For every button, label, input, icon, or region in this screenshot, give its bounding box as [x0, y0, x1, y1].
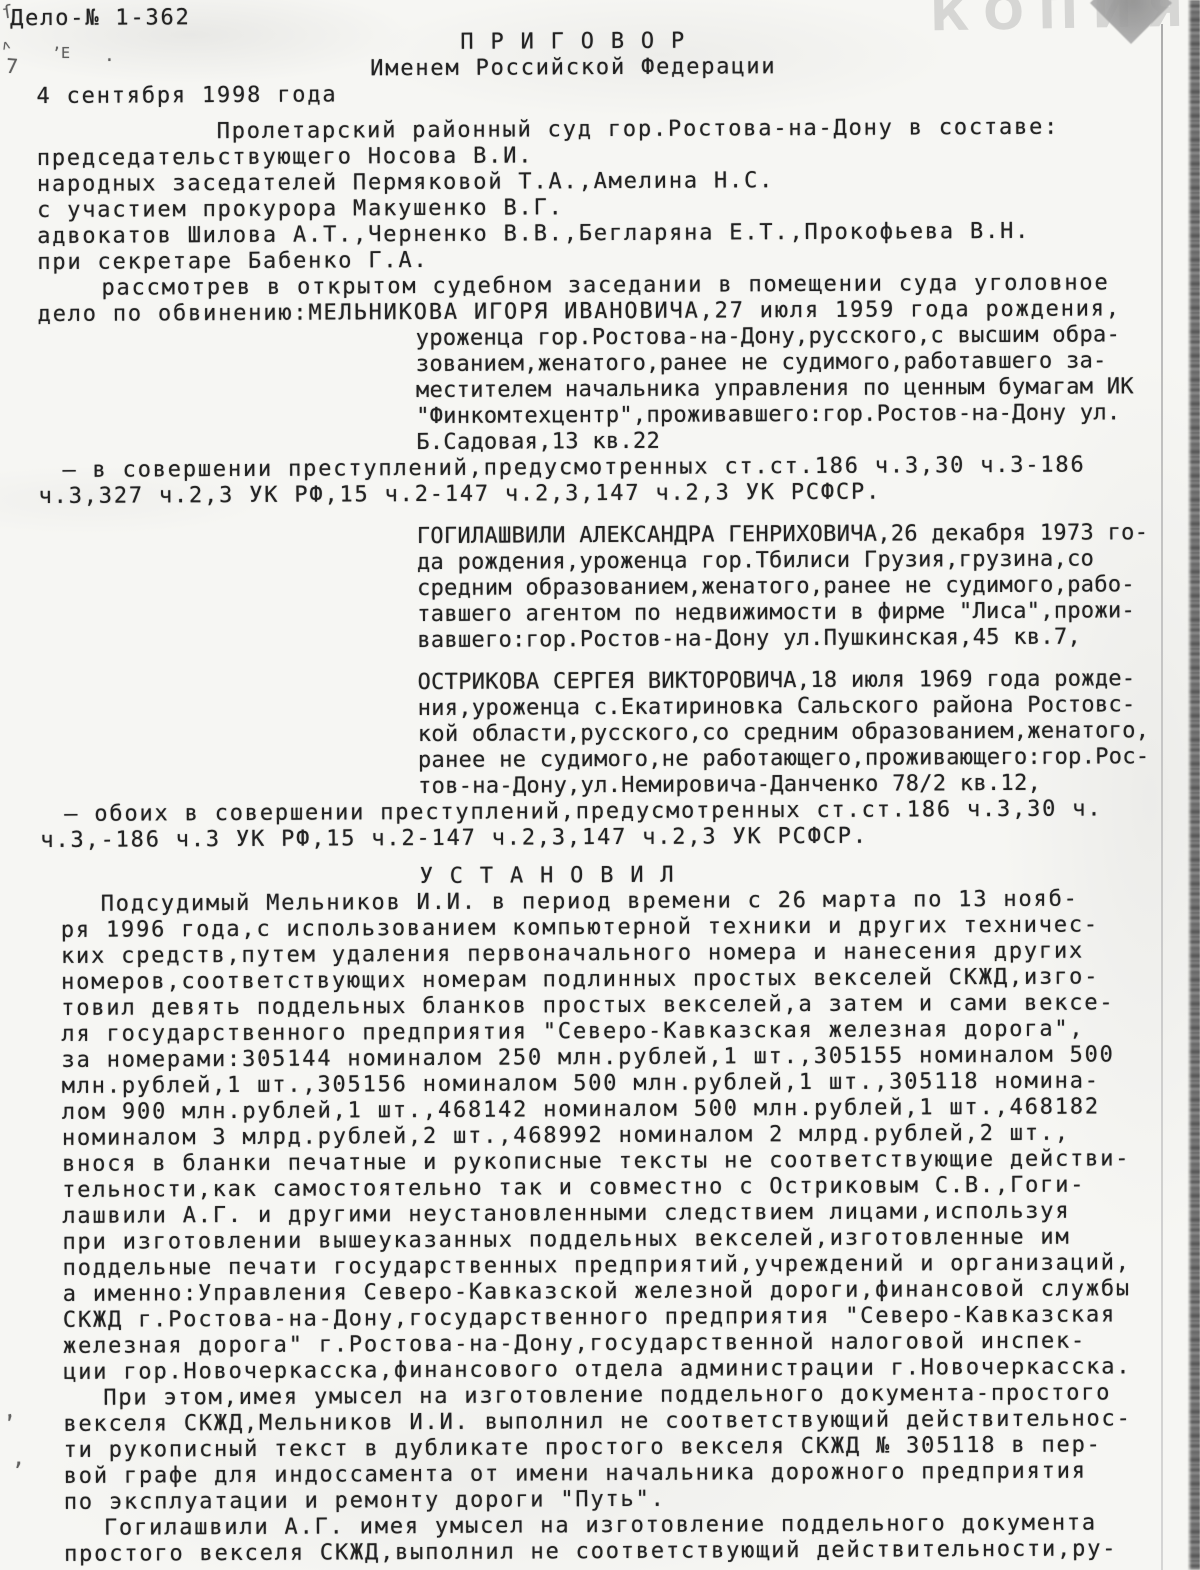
smudge-mark: 7: [5, 54, 19, 79]
text-line: да рождения,уроженца гор.Тбилиси Грузия,…: [417, 546, 1173, 576]
scan-book-edge-band: [1188, 0, 1200, 1570]
text-line: тов-на-Дону,ул.Немировича-Данченко 78/2 …: [418, 770, 1174, 800]
text-line: простого векселя СКЖД,выполнил не соотве…: [64, 1536, 1178, 1568]
document-date: 4 сентября 1998 года: [36, 78, 1170, 110]
text-line: ОСТРИКОВА СЕРГЕЯ ВИКТОРОВИЧА,18 июля 196…: [417, 666, 1173, 696]
smudge-mark: ʼЕ: [52, 44, 70, 62]
scanned-court-verdict-page: КОПИЯ Дело-№ 1-362 П Р И Г О В О Р Имене…: [0, 0, 1200, 1570]
text-line: зованием,женатого,ранее не судимого,рабо…: [416, 348, 1172, 378]
document-body: Пролетарский районный суд гор.Ростова-на…: [37, 114, 1179, 1568]
text-line: Пролетарский районный суд гор.Ростова-на…: [217, 114, 1171, 145]
smudge-mark: ·: [104, 50, 115, 71]
smudge-mark: ſ: [1, 1, 15, 23]
text-line: ГОГИЛАШВИЛИ АЛЕКСАНДРА ГЕНРИХОВИЧА,26 де…: [417, 520, 1173, 550]
text-line: ч.3,-186 ч.3 УК РФ,15 ч.2-147 ч.2,3,147 …: [40, 822, 1174, 854]
text-line: вавшего:гор.Ростов-на-Дону ул.Пушкинская…: [417, 624, 1173, 654]
text-line: тавшего агентом по недвижимости в фирме …: [417, 598, 1173, 628]
text-line: средним образованием,женатого,ранее не с…: [417, 572, 1173, 602]
document-text: Дело-№ 1-362 П Р И Г О В О Р Именем Росс…: [0, 0, 1178, 1568]
text-line: уроженца гор.Ростова-на-Дону,русского,с …: [416, 322, 1172, 352]
text-line: кой области,русского,со средним образова…: [418, 718, 1174, 748]
text-line: ранее не судимого,не работающего,прожива…: [418, 744, 1174, 774]
smudge-mark: ,: [12, 1446, 25, 1471]
text-line: местителем начальника управления по ценн…: [416, 374, 1172, 404]
text-line: "Финкомтехцентр",проживавшего:гор.Ростов…: [416, 400, 1172, 430]
text-line: ния,уроженца с.Екатириновка Сальского ра…: [418, 692, 1174, 722]
text-line: Б.Садовая,13 кв.22: [416, 426, 1172, 456]
